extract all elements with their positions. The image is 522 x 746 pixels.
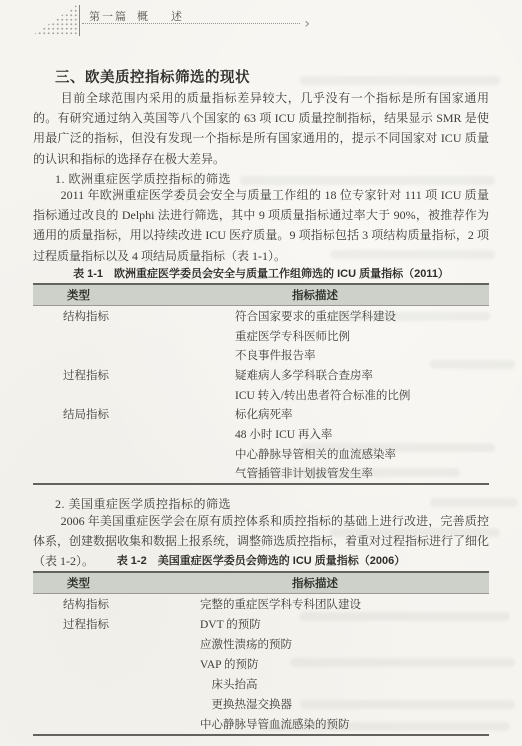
row-description-cell: 符合国家要求的重症医学科建设: [198, 308, 489, 324]
row-description-cell: 不良事件报告率: [198, 347, 489, 363]
row-description-cell: 疑难病人多学科联合查房率: [198, 367, 489, 383]
table-row: 更换热湿交换器: [33, 694, 489, 714]
table-row: 不良事件报告率: [33, 345, 489, 365]
paragraph-overview: 目前全球范围内采用的质量指标差异较大，几乎没有一个指标是所有国家通用的。有研究通…: [33, 88, 489, 169]
table-header-row: 类型 指标描述: [33, 573, 489, 594]
row-type-cell: 过程指标: [33, 616, 198, 632]
row-type-cell: 结构指标: [33, 308, 198, 324]
column-header-description: 指标描述: [198, 575, 489, 591]
showthrough-smudge: [430, 498, 518, 507]
table-header-row: 类型 指标描述: [33, 285, 489, 306]
table-row: 重症医学专科医师比例: [33, 326, 489, 346]
column-header-type: 类型: [33, 575, 198, 591]
table-row: 中心静脉导管血流感染的预防: [33, 714, 489, 734]
row-description-cell: ICU 转入/转出患者符合标准的比例: [198, 387, 489, 403]
table-row: 过程指标疑难病人多学科联合查房率: [33, 365, 489, 385]
table-row: 应激性溃疡的预防: [33, 634, 489, 654]
table-row: 结构指标符合国家要求的重症医学科建设: [33, 306, 489, 326]
showthrough-smudge: [240, 176, 495, 185]
table-row: VAP 的预防: [33, 654, 489, 674]
column-header-description: 指标描述: [198, 287, 489, 303]
table-row: 过程指标DVT 的预防: [33, 614, 489, 634]
row-type-cell: 结局指标: [33, 406, 198, 422]
row-description-cell: 标化病死率: [198, 406, 489, 422]
row-description-cell: 更换热湿交换器: [198, 696, 489, 712]
page-header: 第一篇概 述 ›: [0, 0, 522, 42]
table-row: 结局指标标化病死率: [33, 404, 489, 424]
table-eu-icu-indicators: 类型 指标描述 结构指标符合国家要求的重症医学科建设重症医学专科医师比例不良事件…: [33, 283, 489, 485]
row-description-cell: 完整的重症医学科专科团队建设: [198, 596, 489, 612]
table-row: 48 小时 ICU 再入率: [33, 424, 489, 444]
row-description-cell: 应激性溃疡的预防: [198, 636, 489, 652]
row-description-cell: 重症医学专科医师比例: [198, 328, 489, 344]
table-row: 床头抬高: [33, 674, 489, 694]
header-dotted-rule: ›: [82, 7, 300, 24]
paragraph-europe: 2011 年欧洲重症医学委员会安全与质量工作组的 18 位专家针对 111 项 …: [33, 185, 489, 266]
table1-caption: 表 1-1 欧洲重症医学委员会安全与质量工作组筛选的 ICU 质量指标（2011…: [33, 265, 489, 281]
table-row: 结构指标完整的重症医学科专科团队建设: [33, 594, 489, 614]
row-type-cell: 结构指标: [33, 596, 198, 612]
book-page: 第一篇概 述 › 三、欧美质控指标筛选的现状 目前全球范围内采用的质量指标差异较…: [0, 0, 522, 746]
row-description-cell: 48 小时 ICU 再入率: [198, 426, 489, 442]
table-row: 气管插管非计划拔管发生率: [33, 464, 489, 484]
table-row: ICU 转入/转出患者符合标准的比例: [33, 385, 489, 405]
table-us-icu-indicators: 类型 指标描述 结构指标完整的重症医学科专科团队建设过程指标DVT 的预防应激性…: [33, 571, 489, 736]
table-row: 中心静脉导管相关的血流感染率: [33, 444, 489, 464]
row-description-cell: 床头抬高: [198, 676, 489, 692]
row-type-cell: 过程指标: [33, 367, 198, 383]
arrow-right-icon: ›: [304, 16, 310, 32]
table2-caption: 表 1-2 美国重症医学委员会筛选的 ICU 质量指标（2006）: [33, 552, 489, 568]
halftone-dots-decoration: [33, 4, 78, 35]
column-header-type: 类型: [33, 287, 198, 303]
section-title: 三、欧美质控指标筛选的现状: [55, 66, 250, 87]
row-description-cell: 气管插管非计划拔管发生率: [198, 465, 489, 481]
row-description-cell: 中心静脉导管血流感染的预防: [198, 716, 489, 732]
showthrough-smudge: [300, 76, 500, 85]
row-description-cell: 中心静脉导管相关的血流感染率: [198, 446, 489, 462]
row-description-cell: VAP 的预防: [198, 656, 489, 672]
subheading-usa: 2. 美国重症医学质控指标的筛选: [55, 495, 231, 512]
row-description-cell: DVT 的预防: [198, 616, 489, 632]
header-vertical-rule: [79, 5, 80, 36]
